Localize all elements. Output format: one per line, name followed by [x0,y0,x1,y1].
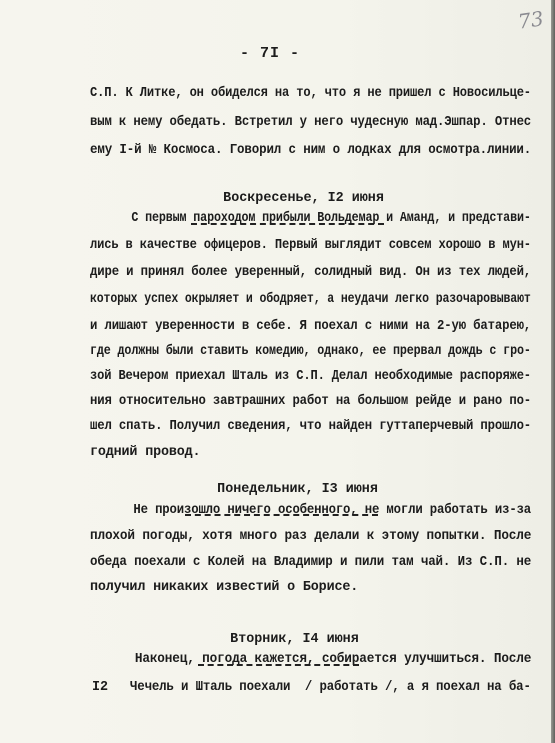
text-line: получил никаких известий о Борисе. [90,580,358,595]
margin-note: I2 [92,680,108,695]
heading-text: Вторник, I4 июня [230,632,359,647]
text-line: С.П. К Литке, он обиделся на то, что я н… [90,86,531,101]
text-line: дире и принял более уверенный, солидный … [90,265,531,280]
document-page: 73 - 7I - С.П. К Литке, он обиделся на т… [0,0,551,743]
archive-page-number: 73 [516,6,545,33]
text-line: С первым пароходом прибыли Вольдемар и А… [90,211,531,226]
text-line: где должны были ставить комедию, однако,… [90,344,531,359]
text-line: шел спать. Получил сведения, что найден … [90,419,531,434]
scan-edge [551,0,555,743]
page-number: - 7I - [240,45,300,62]
text-line: годний провод. [90,445,200,460]
text-line: зой Вечером приехал Шталь из С.П. Делал … [90,369,531,384]
heading-text: Воскресенье, I2 июня [223,191,384,206]
text-line: и лишают уверенности в себе. Я поехал с … [90,319,531,334]
text-line: плохой погоды, хотя много раз делали к э… [90,529,531,544]
text-line: ему I-й № Космоса. Говорил с ним о лодка… [90,143,531,158]
text-line: Наконец, погода кажется, собирается улуч… [90,652,531,667]
text-line: обеда поехали с Колей на Владимир и пили… [90,555,531,570]
text-line: вым к нему обедать. Встретил у него чуде… [90,115,531,130]
text-line: Не произошло ничего особенного, не могли… [90,503,531,518]
text-line: лись в качестве офицеров. Первый выгляди… [90,238,531,253]
heading-text: Понедельник, I3 июня [217,482,378,497]
text-line: ния относительно завтрашних работ на бол… [90,394,531,409]
text-line: Чечель и Шталь поехали / работать /, а я… [130,680,531,695]
text-line: которых успех окрыляет и ободряет, а неу… [90,292,531,307]
